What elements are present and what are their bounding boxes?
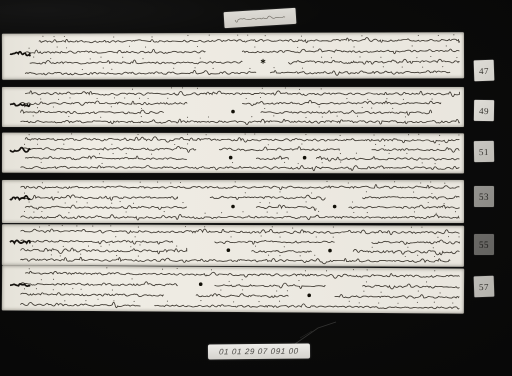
diacritic-dot — [182, 87, 183, 88]
diacritic-dot — [408, 134, 409, 135]
diacritic-dot — [305, 270, 306, 271]
diacritic-dot — [322, 116, 323, 117]
diacritic-dot — [92, 226, 93, 227]
diacritic-dot — [434, 302, 435, 303]
diacritic-dot — [106, 267, 107, 268]
diacritic-dot — [316, 236, 317, 237]
handwriting-line — [288, 59, 459, 64]
diacritic-dot — [111, 203, 112, 204]
diacritic-dot — [380, 57, 381, 58]
diacritic-dot — [64, 36, 65, 37]
handwritten-text-block — [2, 87, 464, 127]
folio-mark — [10, 240, 30, 243]
diacritic-dot — [255, 246, 256, 247]
diacritic-dot — [40, 98, 41, 99]
diacritic-dot — [417, 255, 418, 256]
diacritic-dot — [434, 270, 435, 271]
diacritic-dot — [277, 213, 278, 214]
diacritic-dot — [311, 192, 312, 193]
diacritic-dot — [180, 182, 181, 183]
diacritic-dot — [85, 300, 86, 301]
diacritic-dot — [130, 246, 131, 247]
diacritic-dot — [139, 98, 140, 99]
diacritic-dot — [60, 255, 61, 256]
diacritic-dot — [58, 99, 59, 100]
handwriting-line — [21, 195, 178, 200]
diacritic-dot — [340, 162, 341, 163]
page-number: 51 — [479, 146, 489, 156]
diacritic-dot — [90, 58, 91, 59]
diacritic-dot — [68, 212, 69, 213]
diacritic-dot — [205, 213, 206, 214]
diacritic-dot — [62, 225, 63, 226]
diacritic-dot — [148, 98, 149, 99]
handwriting-line — [39, 37, 459, 44]
diacritic-dot — [301, 143, 302, 144]
handwriting-line — [372, 148, 460, 153]
handwriting-line — [20, 302, 140, 308]
diacritic-dot — [386, 98, 387, 99]
diacritic-dot — [322, 162, 323, 163]
diacritic-dot — [422, 67, 423, 68]
page-number-tag: 53 — [474, 186, 494, 207]
page-number: 53 — [479, 192, 489, 202]
diacritic-dot — [348, 182, 349, 183]
diacritic-dot — [394, 181, 395, 182]
handwriting-line — [256, 156, 288, 159]
diacritic-dot — [229, 281, 230, 282]
diacritic-dot — [458, 236, 459, 237]
diacritic-dot — [373, 134, 374, 135]
handwriting-line — [215, 283, 326, 289]
diacritic-dot — [421, 227, 422, 228]
diacritic-dot — [432, 99, 433, 100]
diacritic-dot — [357, 116, 358, 117]
handwriting-line — [210, 195, 326, 200]
diacritic-dot — [247, 35, 248, 36]
diacritic-dot — [115, 236, 116, 237]
diacritic-dot — [436, 213, 437, 214]
diacritic-dot — [164, 211, 165, 212]
diacritic-dot — [111, 69, 112, 70]
diacritic-dot — [232, 162, 233, 163]
diacritic-dot — [389, 153, 390, 154]
diacritic-dot — [185, 226, 186, 227]
diacritic-dot — [134, 301, 135, 302]
diacritic-dot — [431, 193, 432, 194]
diacritic-dot — [71, 133, 72, 134]
diacritic-dot — [418, 35, 419, 36]
diacritic-dot — [33, 57, 34, 58]
diacritic-dot — [437, 237, 438, 238]
handwriting-line — [251, 250, 311, 252]
diacritic-dot — [438, 35, 439, 36]
diacritic-dot — [242, 211, 243, 212]
page-number-tag: 55 — [474, 234, 494, 255]
diacritic-dot — [220, 289, 221, 290]
diacritic-dot — [371, 108, 372, 109]
diacritic-dot — [103, 181, 104, 182]
handwriting-line — [21, 228, 460, 235]
diacritic-dot — [24, 144, 25, 145]
diacritic-dot — [455, 211, 456, 212]
diacritic-dot — [353, 269, 354, 270]
handwriting-line — [21, 185, 460, 190]
diacritic-dot — [356, 153, 357, 154]
diacritic-dot — [318, 211, 319, 212]
diacritic-dot — [453, 34, 454, 35]
diacritic-dot — [41, 162, 42, 163]
handwriting-line — [21, 214, 460, 220]
section-dot — [303, 156, 307, 160]
diacritic-dot — [251, 116, 252, 117]
diacritic-dot — [135, 236, 136, 237]
diacritic-dot — [397, 303, 398, 304]
handwriting-line — [25, 156, 187, 160]
diacritic-dot — [58, 192, 59, 193]
diacritic-dot — [173, 68, 174, 69]
page-number: 49 — [479, 105, 489, 115]
diacritic-dot — [297, 47, 298, 48]
diacritic-dot — [279, 255, 280, 256]
diacritic-dot — [211, 269, 212, 270]
diacritic-dot — [349, 301, 350, 302]
diacritic-dot — [65, 202, 66, 203]
diacritic-dot — [433, 247, 434, 248]
section-dot — [333, 205, 337, 209]
diacritic-dot — [361, 35, 362, 36]
diacritic-dot — [29, 134, 30, 135]
diacritic-dot — [68, 116, 69, 117]
diacritic-dot — [72, 288, 73, 289]
diacritic-dot — [200, 58, 201, 59]
diacritic-dot — [403, 99, 404, 100]
diacritic-dot — [352, 201, 353, 202]
section-star — [261, 59, 265, 64]
diacritic-dot — [187, 35, 188, 36]
diacritic-dot — [298, 280, 299, 281]
diacritic-dot — [24, 288, 25, 289]
diacritic-dot — [269, 202, 270, 203]
diacritic-dot — [24, 193, 25, 194]
diacritic-dot — [319, 106, 320, 107]
diacritic-dot — [406, 153, 407, 154]
diacritic-dot — [132, 89, 133, 90]
diacritic-dot — [254, 46, 255, 47]
manuscript-leaf — [2, 32, 464, 80]
handwriting-line — [372, 240, 460, 245]
frame-counter-text: 01 01 29 07 091 00 — [219, 347, 299, 357]
diacritic-dot — [208, 116, 209, 117]
manuscript-leaf — [2, 87, 464, 127]
diacritic-dot — [321, 57, 322, 58]
handwriting-line — [256, 205, 316, 210]
handwriting-line — [25, 205, 187, 209]
page-number-tag: 49 — [474, 100, 494, 121]
section-dot — [229, 156, 233, 160]
diacritic-dot — [42, 182, 43, 183]
diacritic-dot — [151, 154, 152, 155]
page-number: 55 — [479, 240, 489, 250]
diacritic-dot — [268, 144, 269, 145]
handwriting-line — [242, 100, 441, 105]
diacritic-dot — [363, 291, 364, 292]
diacritic-dot — [412, 45, 413, 46]
diacritic-dot — [407, 247, 408, 248]
diacritic-dot — [452, 302, 453, 303]
diacritic-dot — [53, 36, 54, 37]
folio-mark — [10, 196, 30, 200]
diacritic-dot — [456, 57, 457, 58]
diacritic-dot — [50, 58, 51, 59]
handwriting-line — [20, 248, 186, 254]
diacritic-dot — [326, 181, 327, 182]
diacritic-dot — [354, 46, 355, 47]
diacritic-dot — [97, 299, 98, 300]
handwriting-line — [21, 110, 164, 114]
diacritic-dot — [100, 246, 101, 247]
folio-mark — [10, 284, 30, 286]
diacritic-dot — [32, 245, 33, 246]
diacritic-dot — [162, 269, 163, 270]
handwriting-line — [335, 294, 460, 298]
diacritic-dot — [306, 201, 307, 202]
handwriting-line — [21, 101, 187, 105]
diacritic-dot — [418, 134, 419, 135]
diacritic-dot — [261, 235, 262, 236]
diacritic-dot — [110, 225, 111, 226]
diacritic-dot — [300, 255, 301, 256]
diacritic-dot — [141, 108, 142, 109]
diacritic-dot — [331, 57, 332, 58]
page-number: 47 — [479, 65, 489, 75]
diacritic-dot — [109, 244, 110, 245]
diacritic-dot — [458, 134, 459, 135]
archive-label — [224, 8, 297, 28]
diacritic-dot — [378, 302, 379, 303]
diacritic-dot — [260, 97, 261, 98]
diacritic-dot — [440, 292, 441, 293]
diacritic-dot — [63, 246, 64, 247]
diacritic-dot — [262, 88, 263, 89]
handwritten-text-block — [2, 265, 464, 313]
diacritic-dot — [176, 246, 177, 247]
page-number-tag: 57 — [474, 276, 495, 298]
diacritic-dot — [209, 35, 210, 36]
diacritic-dot — [53, 106, 54, 107]
diacritic-dot — [422, 162, 423, 163]
diacritic-dot — [53, 289, 54, 290]
page-number-tag: 51 — [474, 141, 494, 162]
diacritic-dot — [305, 117, 306, 118]
diacritic-dot — [82, 69, 83, 70]
handwriting-line — [261, 110, 432, 115]
diacritic-dot — [285, 87, 286, 88]
diacritic-dot — [76, 225, 77, 226]
diacritic-dot — [444, 203, 445, 204]
diacritic-dot — [301, 36, 302, 37]
diacritic-dot — [245, 192, 246, 193]
diacritic-dot — [359, 302, 360, 303]
diacritic-dot — [99, 153, 100, 154]
diacritic-dot — [353, 212, 354, 213]
diacritic-dot — [126, 211, 127, 212]
diacritic-dot — [313, 46, 314, 47]
archive-label-handwriting — [227, 10, 294, 26]
diacritic-dot — [63, 144, 64, 145]
handwriting-line — [349, 205, 460, 208]
diacritic-dot — [366, 191, 367, 192]
diacritic-dot — [113, 36, 114, 37]
section-dot — [227, 248, 231, 252]
diacritic-dot — [197, 46, 198, 47]
diacritic-dot — [177, 268, 178, 269]
diacritic-dot — [137, 134, 138, 135]
diacritic-dot — [141, 116, 142, 117]
handwriting-line — [25, 49, 205, 54]
diacritic-dot — [49, 225, 50, 226]
diacritic-dot — [284, 246, 285, 247]
diacritic-dot — [64, 300, 65, 301]
diacritic-dot — [200, 300, 201, 301]
manuscript-leaf — [2, 265, 464, 313]
diacritic-dot — [265, 35, 266, 36]
diacritic-dot — [102, 163, 103, 164]
diacritic-dot — [120, 201, 121, 202]
handwriting-line — [21, 146, 197, 152]
diacritic-dot — [426, 281, 427, 282]
diacritic-dot — [29, 201, 30, 202]
diacritic-dot — [362, 107, 363, 108]
diacritic-dot — [242, 279, 243, 280]
diacritic-dot — [145, 47, 146, 48]
diacritic-dot — [132, 278, 133, 279]
diacritic-dot — [142, 58, 143, 59]
page-number: 57 — [479, 281, 489, 291]
diacritic-dot — [167, 98, 168, 99]
diacritic-dot — [314, 255, 315, 256]
diacritic-dot — [411, 227, 412, 228]
section-dot — [307, 294, 311, 298]
diacritic-dot — [366, 281, 367, 282]
handwriting-line — [316, 156, 459, 161]
handwritten-text-block — [2, 224, 464, 267]
diacritic-dot — [381, 292, 382, 293]
diacritic-dot — [246, 98, 247, 99]
handwriting-line — [196, 293, 288, 297]
diacritic-dot — [384, 145, 385, 146]
handwriting-line — [25, 91, 459, 97]
diacritic-dot — [33, 212, 34, 213]
handwriting-line — [242, 48, 459, 54]
diacritic-dot — [103, 68, 104, 69]
diacritic-dot — [279, 301, 280, 302]
diacritic-dot — [122, 57, 123, 58]
diacritic-dot — [113, 153, 114, 154]
diacritic-dot — [29, 48, 30, 49]
diacritic-dot — [204, 226, 205, 227]
folio-mark — [10, 52, 30, 56]
diacritic-dot — [41, 211, 42, 212]
diacritic-dot — [221, 212, 222, 213]
handwriting-line — [154, 303, 459, 309]
diacritic-dot — [439, 144, 440, 145]
section-dot — [231, 110, 235, 114]
diacritic-dot — [81, 289, 82, 290]
diacritic-dot — [273, 115, 274, 116]
diacritic-dot — [182, 202, 183, 203]
page-number-tag: 47 — [474, 60, 495, 82]
diacritic-dot — [279, 191, 280, 192]
diacritic-dot — [111, 144, 112, 145]
diacritic-dot — [24, 106, 25, 107]
diacritic-dot — [428, 202, 429, 203]
handwriting-line — [20, 257, 450, 264]
diacritic-dot — [114, 97, 115, 98]
diacritic-dot — [237, 35, 238, 36]
diacritic-dot — [333, 226, 334, 227]
section-dot — [328, 249, 332, 253]
diacritic-dot — [116, 255, 117, 256]
diacritic-dot — [367, 99, 368, 100]
diacritic-dot — [76, 201, 77, 202]
diacritic-dot — [140, 182, 141, 183]
diacritic-dot — [420, 182, 421, 183]
diacritic-dot — [418, 291, 419, 292]
diacritic-dot — [53, 279, 54, 280]
diacritic-dot — [448, 236, 449, 237]
handwriting-line — [30, 60, 243, 65]
handwritten-text-block — [2, 32, 464, 80]
microfilm-frame: 474951535557 01 01 29 07 091 00 — [0, 0, 512, 376]
diacritic-dot — [133, 203, 134, 204]
diacritic-dot — [41, 279, 42, 280]
diacritic-dot — [372, 247, 373, 248]
manuscript-leaf — [2, 180, 464, 223]
diacritic-dot — [333, 237, 334, 238]
diacritic-dot — [113, 300, 114, 301]
handwriting-line — [25, 70, 256, 75]
diacritic-dot — [340, 135, 341, 136]
diacritic-dot — [430, 181, 431, 182]
handwritten-text-block — [2, 180, 464, 223]
diacritic-dot — [392, 108, 393, 109]
handwriting-line — [362, 196, 459, 199]
diacritic-dot — [417, 302, 418, 303]
diacritic-dot — [112, 290, 113, 291]
handwriting-line — [353, 249, 459, 254]
diacritic-dot — [233, 301, 234, 302]
diacritic-dot — [33, 115, 34, 116]
diacritic-dot — [340, 153, 341, 154]
diacritic-dot — [302, 68, 303, 69]
diacritic-dot — [268, 255, 269, 256]
diacritic-dot — [242, 289, 243, 290]
diacritic-dot — [129, 46, 130, 47]
diacritic-dot — [367, 269, 368, 270]
handwriting-line — [215, 240, 335, 244]
diacritic-dot — [434, 256, 435, 257]
diacritic-dot — [100, 57, 101, 58]
diacritic-dot — [187, 117, 188, 118]
diacritic-dot — [80, 254, 81, 255]
diacritic-dot — [299, 89, 300, 90]
diacritic-dot — [29, 268, 30, 269]
manuscript-leaf — [2, 133, 464, 174]
diacritic-dot — [413, 192, 414, 193]
diacritic-dot — [416, 57, 417, 58]
diacritic-dot — [66, 47, 67, 48]
